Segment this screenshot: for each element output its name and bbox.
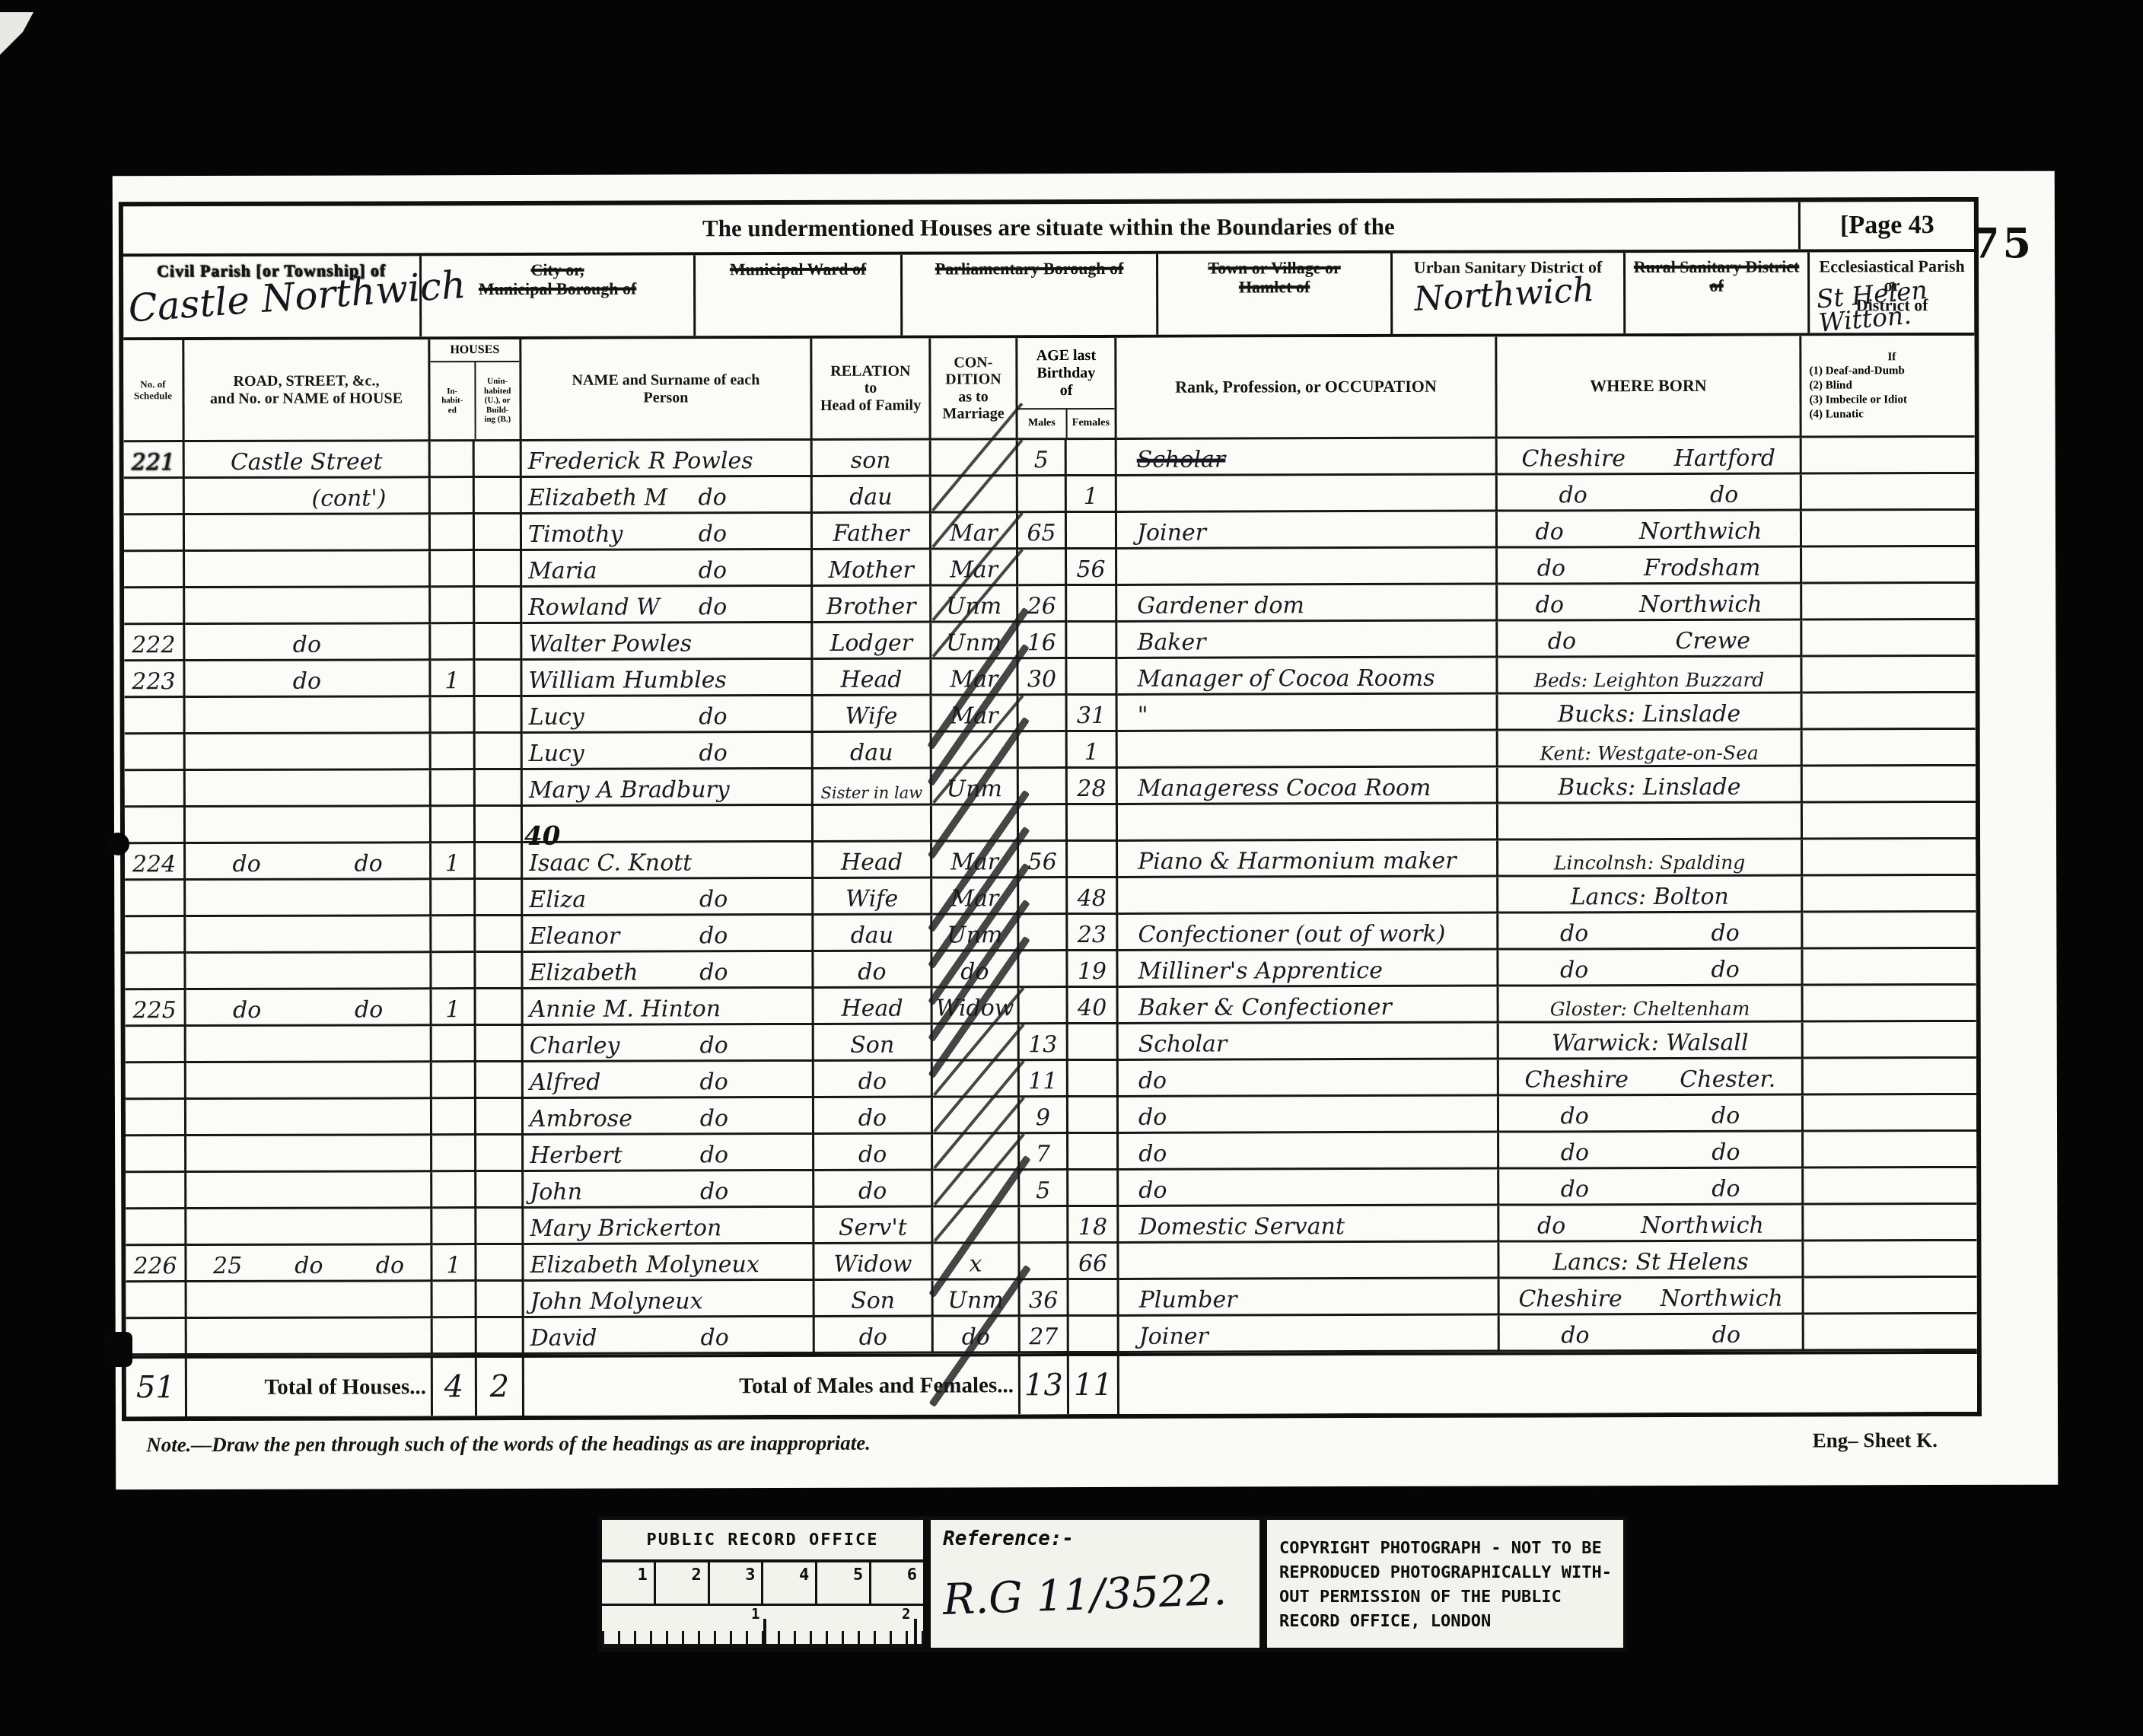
row-inhabited [431, 697, 476, 734]
row-name: Timothydo [522, 514, 813, 551]
handwritten-part: Lucy [529, 706, 584, 729]
header-line: Hamlet of [1158, 277, 1390, 297]
handwritten-part: Charley [530, 1035, 620, 1058]
handwritten-part: do [376, 1254, 404, 1277]
row-name: Elizabeth Molyneux [524, 1244, 814, 1282]
row-condition: do [934, 1317, 1021, 1353]
row-inhabited [432, 1172, 476, 1209]
row-name: Isaac C. Knott [523, 843, 814, 880]
row-occupation [1117, 476, 1498, 513]
row-condition: Mar [931, 513, 1018, 549]
row-relation: Widow [814, 1244, 933, 1281]
handwritten-part: do [295, 1255, 323, 1278]
row-disability [1804, 1132, 1976, 1169]
row-where-born: dodo [1498, 950, 1803, 987]
row-uninhabited [475, 551, 522, 588]
row-age-female: 18 [1068, 1207, 1119, 1244]
row-age-male: 16 [1018, 623, 1067, 659]
footer-note-row: Note.—Draw the pen through such of the w… [146, 1429, 1957, 1457]
page-number-label: [Page 43 [1798, 202, 1974, 250]
row-name: Mary Brickerton [524, 1208, 814, 1245]
occupation-text: do [1138, 1107, 1167, 1129]
row-schedule [125, 734, 186, 771]
row-age-female [1068, 805, 1118, 842]
row-age-male: 9 [1020, 1097, 1068, 1134]
row-name: Lucydo [523, 696, 814, 734]
ruler-segment: 1 [602, 1562, 656, 1604]
row-occupation: Scholar [1117, 439, 1498, 476]
row-where-born: doCrewe [1498, 621, 1802, 658]
row-where-born: dodo [1498, 913, 1803, 951]
row-age-male: 65 [1018, 513, 1067, 549]
row-occupation: do [1119, 1060, 1499, 1097]
handwritten-part: John [530, 1181, 582, 1204]
handwritten-part: do [1710, 484, 1738, 507]
row-relation: son [813, 441, 931, 477]
reference-stamp: Reference:- R.G 11/3522. [927, 1516, 1263, 1652]
row-where-born: Gloster: Cheltenham [1499, 986, 1804, 1024]
handwritten-line: Northwich [1413, 274, 1595, 316]
row-schedule [124, 552, 185, 588]
row-disability [1802, 438, 1975, 475]
row-name: Mary A Bradbury [523, 769, 814, 807]
row-where-born [1498, 804, 1803, 841]
row-relation: Mother [813, 550, 931, 587]
row-age-female [1069, 1280, 1119, 1317]
col-header-condition: CON-DITIONas toMarriage [931, 338, 1017, 440]
handwritten-part: do [1536, 594, 1564, 616]
ruler-segment: 5 [817, 1562, 871, 1604]
handwritten-part: Cheshire [1522, 448, 1626, 470]
handwritten-part: Chester. [1680, 1069, 1775, 1091]
occupation-text: Manageress Cocoa Room [1138, 777, 1431, 801]
reference-label: Reference:- [943, 1527, 1247, 1550]
row-age-male [1019, 878, 1068, 915]
row-age-male: 30 [1018, 659, 1067, 696]
occupation-text: Baker & Confectioner [1138, 996, 1392, 1020]
row-where-born: Lincolnsh: Spalding [1498, 840, 1803, 878]
row-where-born: Kent: Westgate-on-Sea [1498, 731, 1803, 768]
row-schedule: 223 [124, 661, 185, 698]
row-age-female: 19 [1068, 951, 1118, 988]
occupation-text: Domestic Servant [1138, 1215, 1345, 1239]
totals-houses-label: Total of Houses... [187, 1355, 433, 1416]
district-field-7: Ecclesiastical Parish orDistrict ofSt He… [1810, 252, 1974, 333]
row-occupation: " [1118, 695, 1498, 732]
totals-schedule-note: 51 [126, 1355, 187, 1416]
houses-subcolumns: In-habit-edUnin-habited(U.), orBuild-ing… [430, 362, 519, 439]
row-age-female [1068, 1171, 1119, 1207]
occupation-text: " [1138, 705, 1148, 728]
row-road [187, 1318, 433, 1355]
header-line: Unin- [487, 377, 508, 387]
row-uninhabited [476, 1136, 524, 1172]
row-occupation: Manager of Cocoa Rooms [1117, 658, 1498, 696]
row-relation [814, 806, 932, 843]
row-occupation: do [1119, 1133, 1499, 1171]
row-schedule [126, 1063, 186, 1100]
ruler-number: 1 [751, 1606, 759, 1623]
page-title: The undermentioned Houses are situate wi… [702, 213, 1395, 242]
row-where-born: dodo [1500, 1315, 1804, 1352]
houses-title: HOUSES [430, 339, 519, 362]
row-disability [1803, 913, 1976, 950]
row-relation: Head [814, 843, 932, 879]
district-field-0: Civil Parish [or Township] ofCastle Nort… [123, 256, 422, 337]
district-field-4: Town or Village orHamlet of [1158, 253, 1393, 335]
row-inhabited [431, 551, 475, 588]
public-record-office-stamp: PUBLIC RECORD OFFICE 123456 1 2 [598, 1516, 927, 1652]
handwritten-part: Hartford [1674, 448, 1775, 470]
handwritten-part: do [699, 559, 727, 582]
row-uninhabited [476, 880, 523, 916]
row-road [186, 953, 431, 990]
handwritten-part: Northwich [1660, 1288, 1783, 1311]
row-disability [1803, 730, 1976, 767]
row-inhabited [432, 1136, 476, 1172]
handwritten-part: do [1560, 959, 1588, 982]
row-disability [1804, 1168, 1976, 1206]
row-uninhabited [476, 1172, 524, 1209]
row-occupation: do [1119, 1097, 1499, 1134]
row-name: Lucydo [523, 733, 814, 770]
sheet-code: Eng– Sheet K. [1813, 1429, 1957, 1452]
header-line: (1) Deaf-and-Dumb [1809, 365, 1904, 379]
row-schedule [126, 1100, 186, 1136]
header-line: Town or Village or [1158, 258, 1390, 278]
row-age-female: 40 [1068, 988, 1119, 1024]
row-disability [1802, 474, 1975, 511]
row-occupation [1118, 804, 1498, 842]
row-condition: do [932, 951, 1019, 988]
row-relation: Wife [814, 696, 932, 733]
row-condition [931, 440, 1018, 476]
row-schedule [126, 1173, 186, 1209]
district-field-value-handwritten: St HelenWitton. [1816, 278, 1931, 336]
row-age-female: 56 [1067, 549, 1117, 586]
occupation-text: Joiner [1139, 1326, 1208, 1349]
row-condition [933, 1134, 1020, 1171]
row-condition: Unm [931, 623, 1018, 659]
row-uninhabited [476, 770, 523, 807]
row-road [186, 1099, 432, 1136]
row-uninhabited [476, 1099, 524, 1136]
col-header-occupation: Rank, Profession, or OCCUPATION [1116, 337, 1497, 440]
row-age-male [1020, 1244, 1068, 1280]
row-name: William Humbles [522, 660, 813, 697]
row-occupation: Joiner [1117, 512, 1498, 549]
handwritten-part: Northwich [1639, 521, 1762, 543]
handwritten-part: do [700, 1327, 728, 1349]
handwritten-part: do [1712, 1324, 1740, 1347]
row-inhabited [432, 1026, 476, 1062]
row-occupation: Joiner [1119, 1316, 1500, 1353]
row-age-male: 36 [1021, 1280, 1069, 1317]
row-disability [1804, 1022, 1976, 1059]
handwritten-part: Ambrose [530, 1108, 632, 1131]
row-condition [933, 1024, 1020, 1061]
handwritten-part: Lucy [529, 743, 584, 766]
row-inhabited [431, 514, 475, 551]
ink-blot [107, 833, 129, 855]
page-tally-mark: 40 [524, 821, 560, 852]
handwritten-part: do [1712, 1178, 1740, 1201]
row-name: Mariado [522, 550, 813, 588]
row-age-female [1067, 440, 1117, 476]
row-condition: Mar [931, 549, 1018, 586]
row-age-male [1019, 696, 1068, 732]
row-uninhabited [476, 807, 523, 843]
row-age-male [1020, 988, 1068, 1024]
enumeration-table: No. ofScheduleROAD, STREET, &c.,and No. … [123, 336, 1977, 1416]
age-subcolumns: MalesFemales [1018, 409, 1115, 438]
totals-females: 11 [1069, 1353, 1119, 1414]
row-age-male [1019, 769, 1068, 805]
row-uninhabited [476, 916, 523, 953]
header-line: Parliamentary Borough of [903, 259, 1156, 279]
row-name: Charleydo [524, 1025, 814, 1062]
row-name: Johndo [524, 1171, 814, 1209]
occupation-text: Milliner's Apprentice [1138, 960, 1382, 983]
occupation-text: Joiner [1137, 522, 1206, 545]
copyright-line: OUT PERMISSION OF THE PUBLIC [1279, 1585, 1613, 1610]
row-uninhabited [476, 1026, 524, 1062]
row-age-male [1020, 1207, 1068, 1244]
row-age-female [1067, 659, 1117, 696]
handwritten-part: do [699, 486, 727, 509]
handwritten-part: do [1537, 557, 1565, 580]
row-uninhabited [476, 953, 523, 989]
handwritten-part: do [1712, 1142, 1740, 1164]
row-disability [1803, 693, 1976, 731]
row-condition [932, 805, 1019, 842]
header-line: CON- [954, 354, 992, 371]
totals-uninhabited: 2 [477, 1355, 524, 1416]
row-road [185, 588, 431, 625]
row-where-born: CheshireChester. [1499, 1059, 1804, 1097]
row-age-male [1019, 915, 1068, 951]
row-schedule [126, 1319, 187, 1355]
col-header-houses: HOUSESIn-habit-edUnin-habited(U.), orBui… [430, 339, 521, 441]
row-occupation: Scholar [1119, 1024, 1499, 1061]
row-inhabited [431, 588, 475, 624]
district-header-row: Civil Parish [or Township] ofCastle Nort… [123, 252, 1974, 340]
handwritten-part: 25 [213, 1255, 242, 1278]
row-where-born: dodo [1499, 1132, 1804, 1170]
header-line: RELATION [830, 363, 910, 381]
row-name: Annie M. Hinton [524, 989, 814, 1026]
header-line: DITION [945, 371, 1001, 388]
header-line: In- [447, 387, 457, 397]
sheet-title-row: The undermentioned Houses are situate wi… [123, 202, 1974, 256]
district-field-3: Parliamentary Borough of [903, 254, 1158, 336]
handwritten-part: David [530, 1327, 597, 1350]
row-occupation: Baker & Confectioner [1119, 987, 1499, 1024]
row-relation: dau [813, 477, 931, 514]
handwritten-part: do [1536, 521, 1564, 543]
row-road [185, 551, 431, 588]
header-line: AGE last [1036, 346, 1096, 364]
row-inhabited [431, 880, 476, 916]
row-schedule [124, 588, 185, 625]
row-occupation [1118, 731, 1498, 769]
row-road [186, 734, 431, 771]
row-name: Elizabethdo [523, 952, 814, 989]
row-name: Walter Powles [522, 623, 813, 661]
handwritten-part: Herbert [530, 1145, 623, 1167]
row-relation: Son [814, 1025, 933, 1062]
col-header-name: NAME and Surname of eachPerson [521, 339, 812, 441]
row-where-born: Bucks: Linslade [1498, 767, 1803, 804]
row-condition [933, 1097, 1020, 1134]
row-uninhabited [477, 1318, 524, 1355]
row-occupation [1119, 1243, 1499, 1280]
copyright-stamp: COPYRIGHT PHOTOGRAPH - NOT TO BE REPRODU… [1263, 1516, 1627, 1652]
row-where-born: doNorthwich [1498, 585, 1802, 622]
row-inhabited [432, 1209, 476, 1245]
ruler-segment: 3 [710, 1562, 764, 1604]
row-uninhabited [475, 588, 522, 624]
row-age-female: 48 [1068, 878, 1118, 915]
row-road: dodo [186, 989, 432, 1027]
header-line: Head of Family [820, 397, 921, 414]
row-occupation: do [1119, 1170, 1499, 1207]
row-occupation: Gardener dom [1117, 585, 1498, 623]
row-uninhabited [475, 441, 522, 478]
handwritten-part: do [700, 1180, 728, 1203]
handwritten-part: do [699, 1034, 728, 1057]
col-header-disability: If(1) Deaf-and-Dumb(2) Blind(3) Imbecile… [1801, 336, 1974, 438]
header-line: (U.), or [485, 396, 511, 406]
row-relation: do [815, 1317, 934, 1354]
header-line: habited [484, 387, 511, 397]
row-inhabited [431, 441, 475, 478]
header-line: of [1060, 382, 1073, 400]
header-line: Birthday [1037, 364, 1096, 381]
handwritten-part: do [699, 523, 727, 546]
row-disability [1804, 1205, 1976, 1242]
row-name: 40 [523, 806, 814, 843]
district-field-label: Rural Sanitary District of [1626, 253, 1807, 296]
handwritten-part: do [1712, 1105, 1740, 1128]
ruler-number: 2 [902, 1606, 910, 1623]
district-field-6: Rural Sanitary District of [1626, 253, 1810, 334]
handwritten-part: do [699, 961, 728, 984]
header-line: to [865, 380, 877, 397]
row-road [186, 916, 431, 954]
row-road [186, 880, 431, 917]
handwritten-part: do [1712, 959, 1740, 982]
handwritten-part: Timothy [528, 524, 623, 546]
handwritten-part: Northwich [1639, 594, 1762, 616]
row-age-male [1018, 549, 1067, 586]
row-disability [1802, 620, 1975, 658]
row-road [186, 1209, 432, 1246]
occupation-text: Confectioner (out of work) [1138, 923, 1445, 947]
occupation-text: Baker [1137, 632, 1205, 655]
row-road: dodo [186, 843, 431, 881]
row-relation: Serv't [814, 1208, 933, 1244]
row-age-male: 7 [1020, 1134, 1068, 1171]
row-name: Elizado [523, 879, 814, 916]
archive-stamp-strip: PUBLIC RECORD OFFICE 123456 1 2 Referenc… [598, 1516, 1627, 1652]
row-uninhabited [475, 624, 522, 661]
header-line: ROAD, STREET, &c., [233, 373, 379, 390]
handwritten-part: do [699, 706, 727, 728]
col-header-road: ROAD, STREET, &c.,and No. or NAME of HOU… [184, 339, 430, 442]
ruler-segment: 4 [763, 1562, 817, 1604]
handwritten-part: Crewe [1676, 630, 1751, 653]
ruler-major-tick [914, 1619, 917, 1648]
row-inhabited [432, 1062, 476, 1099]
header-line: as to [958, 388, 989, 405]
row-name: Ambrosedo [524, 1098, 814, 1136]
header-line: Marriage [942, 405, 1004, 422]
occupation-text: do [1138, 1180, 1167, 1202]
col-header-females: Females [1067, 409, 1115, 438]
row-relation: do [814, 952, 932, 989]
row-age-male: 5 [1018, 440, 1067, 476]
row-relation: do [814, 1135, 933, 1171]
row-condition: Unm [932, 769, 1019, 805]
row-age-female [1068, 1097, 1119, 1134]
row-inhabited [431, 807, 476, 843]
row-uninhabited [476, 989, 524, 1026]
row-where-born: doNorthwich [1499, 1206, 1804, 1243]
row-schedule [125, 881, 186, 917]
row-condition: x [933, 1244, 1020, 1280]
folio-number: 75 [1971, 219, 2034, 268]
row-age-female [1069, 1317, 1119, 1353]
row-inhabited [433, 1318, 477, 1355]
handwritten-part: Northwich [1641, 1215, 1764, 1237]
row-where-born: Lancs: Bolton [1498, 877, 1803, 914]
copyright-line: COPYRIGHT PHOTOGRAPH - NOT TO BE [1279, 1537, 1613, 1561]
row-condition: Widow [933, 988, 1020, 1024]
handwritten-part: do [1561, 1142, 1589, 1164]
row-inhabited [431, 770, 476, 807]
row-disability [1804, 1095, 1976, 1132]
row-road: 25dodo [186, 1245, 432, 1282]
district-field-5: Urban Sanitary District ofNorthwich [1393, 253, 1626, 334]
occupation-text: do [1138, 1143, 1167, 1166]
row-relation: do [814, 1171, 933, 1208]
row-disability [1802, 584, 1975, 621]
row-age-male [1019, 805, 1068, 842]
row-where-born: doFrodsham [1498, 548, 1802, 585]
row-age-male: 11 [1020, 1061, 1068, 1097]
handwritten-part: do [1561, 1178, 1589, 1201]
row-schedule [124, 479, 185, 515]
row-road [186, 1026, 432, 1063]
col-header-uninhabited: Unin-habited(U.), orBuild-ing (B.) [476, 362, 520, 439]
row-schedule [125, 917, 186, 954]
row-relation: Sister in law [814, 769, 932, 806]
handwritten-part: Eliza [529, 889, 586, 912]
row-uninhabited [476, 1209, 524, 1245]
header-line: Schedule [134, 390, 172, 402]
row-condition: Mar [932, 878, 1019, 915]
row-age-female [1068, 1134, 1119, 1171]
handwritten-part: do [355, 999, 383, 1021]
occupation-text: Piano & Harmonium maker [1138, 850, 1457, 874]
col-header-inhabited: In-habit-ed [430, 362, 476, 439]
row-schedule [126, 1027, 186, 1063]
row-where-born: CheshireHartford [1498, 438, 1802, 476]
row-name: John Molyneux [524, 1281, 815, 1318]
row-age-male [1019, 951, 1068, 988]
row-inhabited [431, 953, 476, 989]
